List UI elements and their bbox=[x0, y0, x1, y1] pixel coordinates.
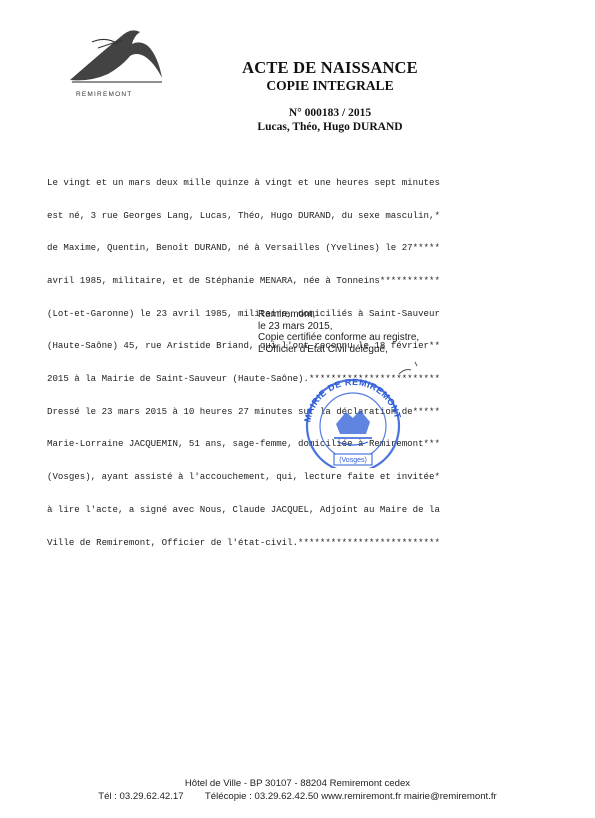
cert-place: Remiremont, bbox=[258, 309, 419, 321]
logo-text: REMIREMONT bbox=[76, 91, 132, 98]
svg-text:(Vosges): (Vosges) bbox=[339, 457, 367, 464]
body-line: Ville de Remiremont, Officier de l'état-… bbox=[47, 538, 557, 549]
svg-text:MAIRIE DE REMIREMONT: MAIRIE DE REMIREMONT bbox=[302, 377, 403, 423]
remiremont-logo-icon bbox=[62, 22, 172, 92]
certification-block: Remiremont, le 23 mars 2015, Copie certi… bbox=[258, 309, 419, 356]
body-line: à lire l'acte, a signé avec Nous, Claude… bbox=[47, 505, 557, 516]
footer-website[interactable]: www.remiremont.fr bbox=[321, 791, 401, 802]
child-names: Lucas, Théo, Hugo DURAND bbox=[180, 121, 480, 133]
mairie-stamp-icon: MAIRIE DE REMIREMONT (Vosges) bbox=[288, 372, 418, 468]
body-line: Le vingt et un mars deux mille quinze à … bbox=[47, 178, 557, 189]
body-line: est né, 3 rue Georges Lang, Lucas, Théo,… bbox=[47, 211, 557, 222]
acte-body: Le vingt et un mars deux mille quinze à … bbox=[47, 156, 557, 559]
remiremont-logo: REMIREMONT bbox=[62, 22, 172, 102]
body-line: avril 1985, militaire, et de Stéphanie M… bbox=[47, 276, 557, 287]
body-line: (Vosges), ayant assisté à l'accouchement… bbox=[47, 472, 557, 483]
footer-email[interactable]: mairie@remiremont.fr bbox=[404, 791, 497, 802]
footer-fax: Télécopie : 03.29.62.42.50 bbox=[205, 791, 319, 802]
footer-phone: Tél : 03.29.62.42.17 bbox=[98, 791, 183, 802]
footer-contacts: Tél : 03.29.62.42.17 Télécopie : 03.29.6… bbox=[0, 791, 595, 802]
footer-address: Hôtel de Ville - BP 30107 - 88204 Remire… bbox=[0, 778, 595, 789]
document-subtitle: COPIE INTEGRALE bbox=[180, 78, 480, 94]
acte-number: N° 000183 / 2015 bbox=[180, 107, 480, 119]
cert-statement: Copie certifiée conforme au registre, bbox=[258, 332, 419, 344]
cert-date: le 23 mars 2015, bbox=[258, 321, 419, 333]
official-stamp: MAIRIE DE REMIREMONT (Vosges) bbox=[288, 372, 418, 468]
document-title: ACTE DE NAISSANCE bbox=[180, 58, 480, 78]
body-line: de Maxime, Quentin, Benoît DURAND, né à … bbox=[47, 243, 557, 254]
